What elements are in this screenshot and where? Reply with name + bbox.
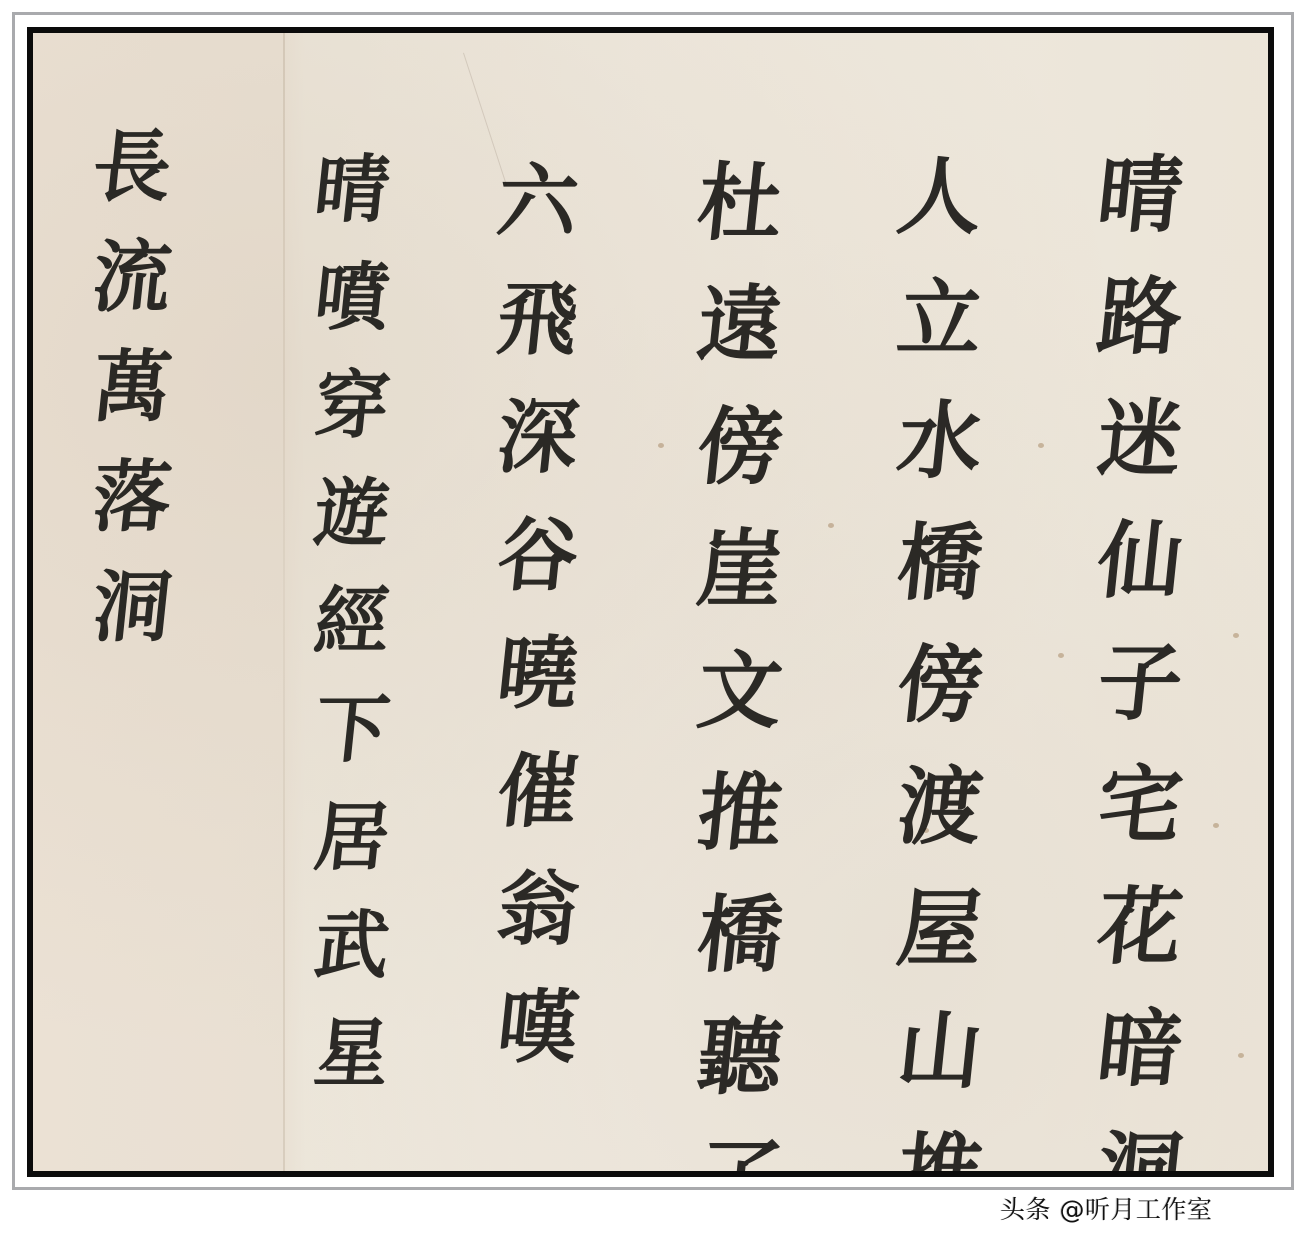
calligraphy-column-1: 晴 路 迷 仙 子 宅 花 暗 洞 — [1098, 153, 1182, 1177]
calligraphy-glyph: 晴 — [1094, 153, 1187, 237]
calligraphy-photo: 晴 路 迷 仙 子 宅 花 暗 洞 人 立 水 橋 傍 渡 屋 山 推 杜 遠 … — [27, 27, 1274, 1177]
calligraphy-glyph: 暗 — [1094, 1007, 1187, 1091]
calligraphy-glyph: 翁 — [494, 869, 582, 949]
paper-speck — [828, 523, 834, 528]
calligraphy-column-4: 六 飛 深 谷 曉 催 翁 嘆 — [498, 161, 578, 1105]
calligraphy-glyph: 晴 — [311, 153, 393, 227]
calligraphy-glyph: 飛 — [494, 279, 582, 359]
calligraphy-glyph: 橋 — [694, 893, 787, 977]
watermark-text: 头条 @听月工作室 — [1000, 1190, 1212, 1226]
calligraphy-glyph: 洞 — [89, 569, 175, 647]
paper-speck — [1233, 633, 1239, 638]
calligraphy-glyph: 宅 — [1094, 763, 1187, 847]
calligraphy-glyph: 聽 — [694, 1015, 787, 1099]
paper-speck — [1238, 1053, 1244, 1058]
calligraphy-glyph: 流 — [89, 239, 175, 317]
calligraphy-glyph: 深 — [494, 397, 582, 477]
paper-speck — [658, 443, 664, 448]
calligraphy-glyph: 推 — [694, 771, 787, 855]
calligraphy-glyph: 傍 — [694, 405, 787, 489]
calligraphy-column-6: 長 流 萬 落 洞 — [93, 129, 171, 679]
calligraphy-column-5: 晴 噴 穿 遊 經 下 居 武 星 — [315, 153, 389, 1125]
calligraphy-glyph: 下 — [311, 693, 393, 767]
calligraphy-glyph: 噴 — [311, 261, 393, 335]
calligraphy-glyph: 山 — [894, 1009, 987, 1093]
calligraphy-column-3: 杜 遠 傍 崖 文 推 橋 聽 了 — [698, 161, 782, 1177]
calligraphy-glyph: 武 — [311, 909, 393, 983]
calligraphy-glyph: 曉 — [494, 633, 582, 713]
calligraphy-glyph: 子 — [1094, 641, 1187, 725]
calligraphy-glyph: 花 — [1094, 885, 1187, 969]
calligraphy-glyph: 傍 — [894, 643, 987, 727]
calligraphy-glyph: 迷 — [1094, 397, 1187, 481]
calligraphy-glyph: 萬 — [89, 349, 175, 427]
paper-background — [33, 33, 1268, 1171]
calligraphy-glyph: 崖 — [694, 527, 787, 611]
calligraphy-glyph: 居 — [311, 801, 393, 875]
calligraphy-glyph: 渡 — [894, 765, 987, 849]
calligraphy-glyph: 嘆 — [494, 987, 582, 1067]
calligraphy-glyph: 了 — [694, 1137, 787, 1177]
calligraphy-glyph: 長 — [89, 129, 175, 207]
calligraphy-glyph: 星 — [311, 1017, 393, 1091]
calligraphy-column-2: 人 立 水 橋 傍 渡 屋 山 推 — [898, 155, 982, 1177]
calligraphy-glyph: 水 — [894, 399, 987, 483]
calligraphy-glyph: 文 — [694, 649, 787, 733]
paper-speck — [1038, 443, 1044, 448]
paper-seam — [283, 33, 285, 1171]
calligraphy-glyph: 仙 — [1094, 519, 1187, 603]
calligraphy-glyph: 洞 — [1094, 1129, 1187, 1177]
paper-speck — [1058, 653, 1064, 658]
calligraphy-glyph: 立 — [894, 277, 987, 361]
calligraphy-glyph: 經 — [311, 585, 393, 659]
calligraphy-glyph: 催 — [494, 751, 582, 831]
calligraphy-glyph: 遠 — [694, 283, 787, 367]
calligraphy-glyph: 推 — [894, 1131, 987, 1177]
calligraphy-glyph: 人 — [894, 155, 987, 239]
calligraphy-glyph: 屋 — [894, 887, 987, 971]
calligraphy-glyph: 六 — [494, 161, 582, 241]
calligraphy-glyph: 遊 — [311, 477, 393, 551]
calligraphy-glyph: 路 — [1094, 275, 1187, 359]
calligraphy-glyph: 落 — [89, 459, 175, 537]
calligraphy-glyph: 谷 — [494, 515, 582, 595]
calligraphy-glyph: 穿 — [311, 369, 393, 443]
paper-speck — [1213, 823, 1219, 828]
calligraphy-glyph: 杜 — [694, 161, 787, 245]
calligraphy-glyph: 橋 — [894, 521, 987, 605]
